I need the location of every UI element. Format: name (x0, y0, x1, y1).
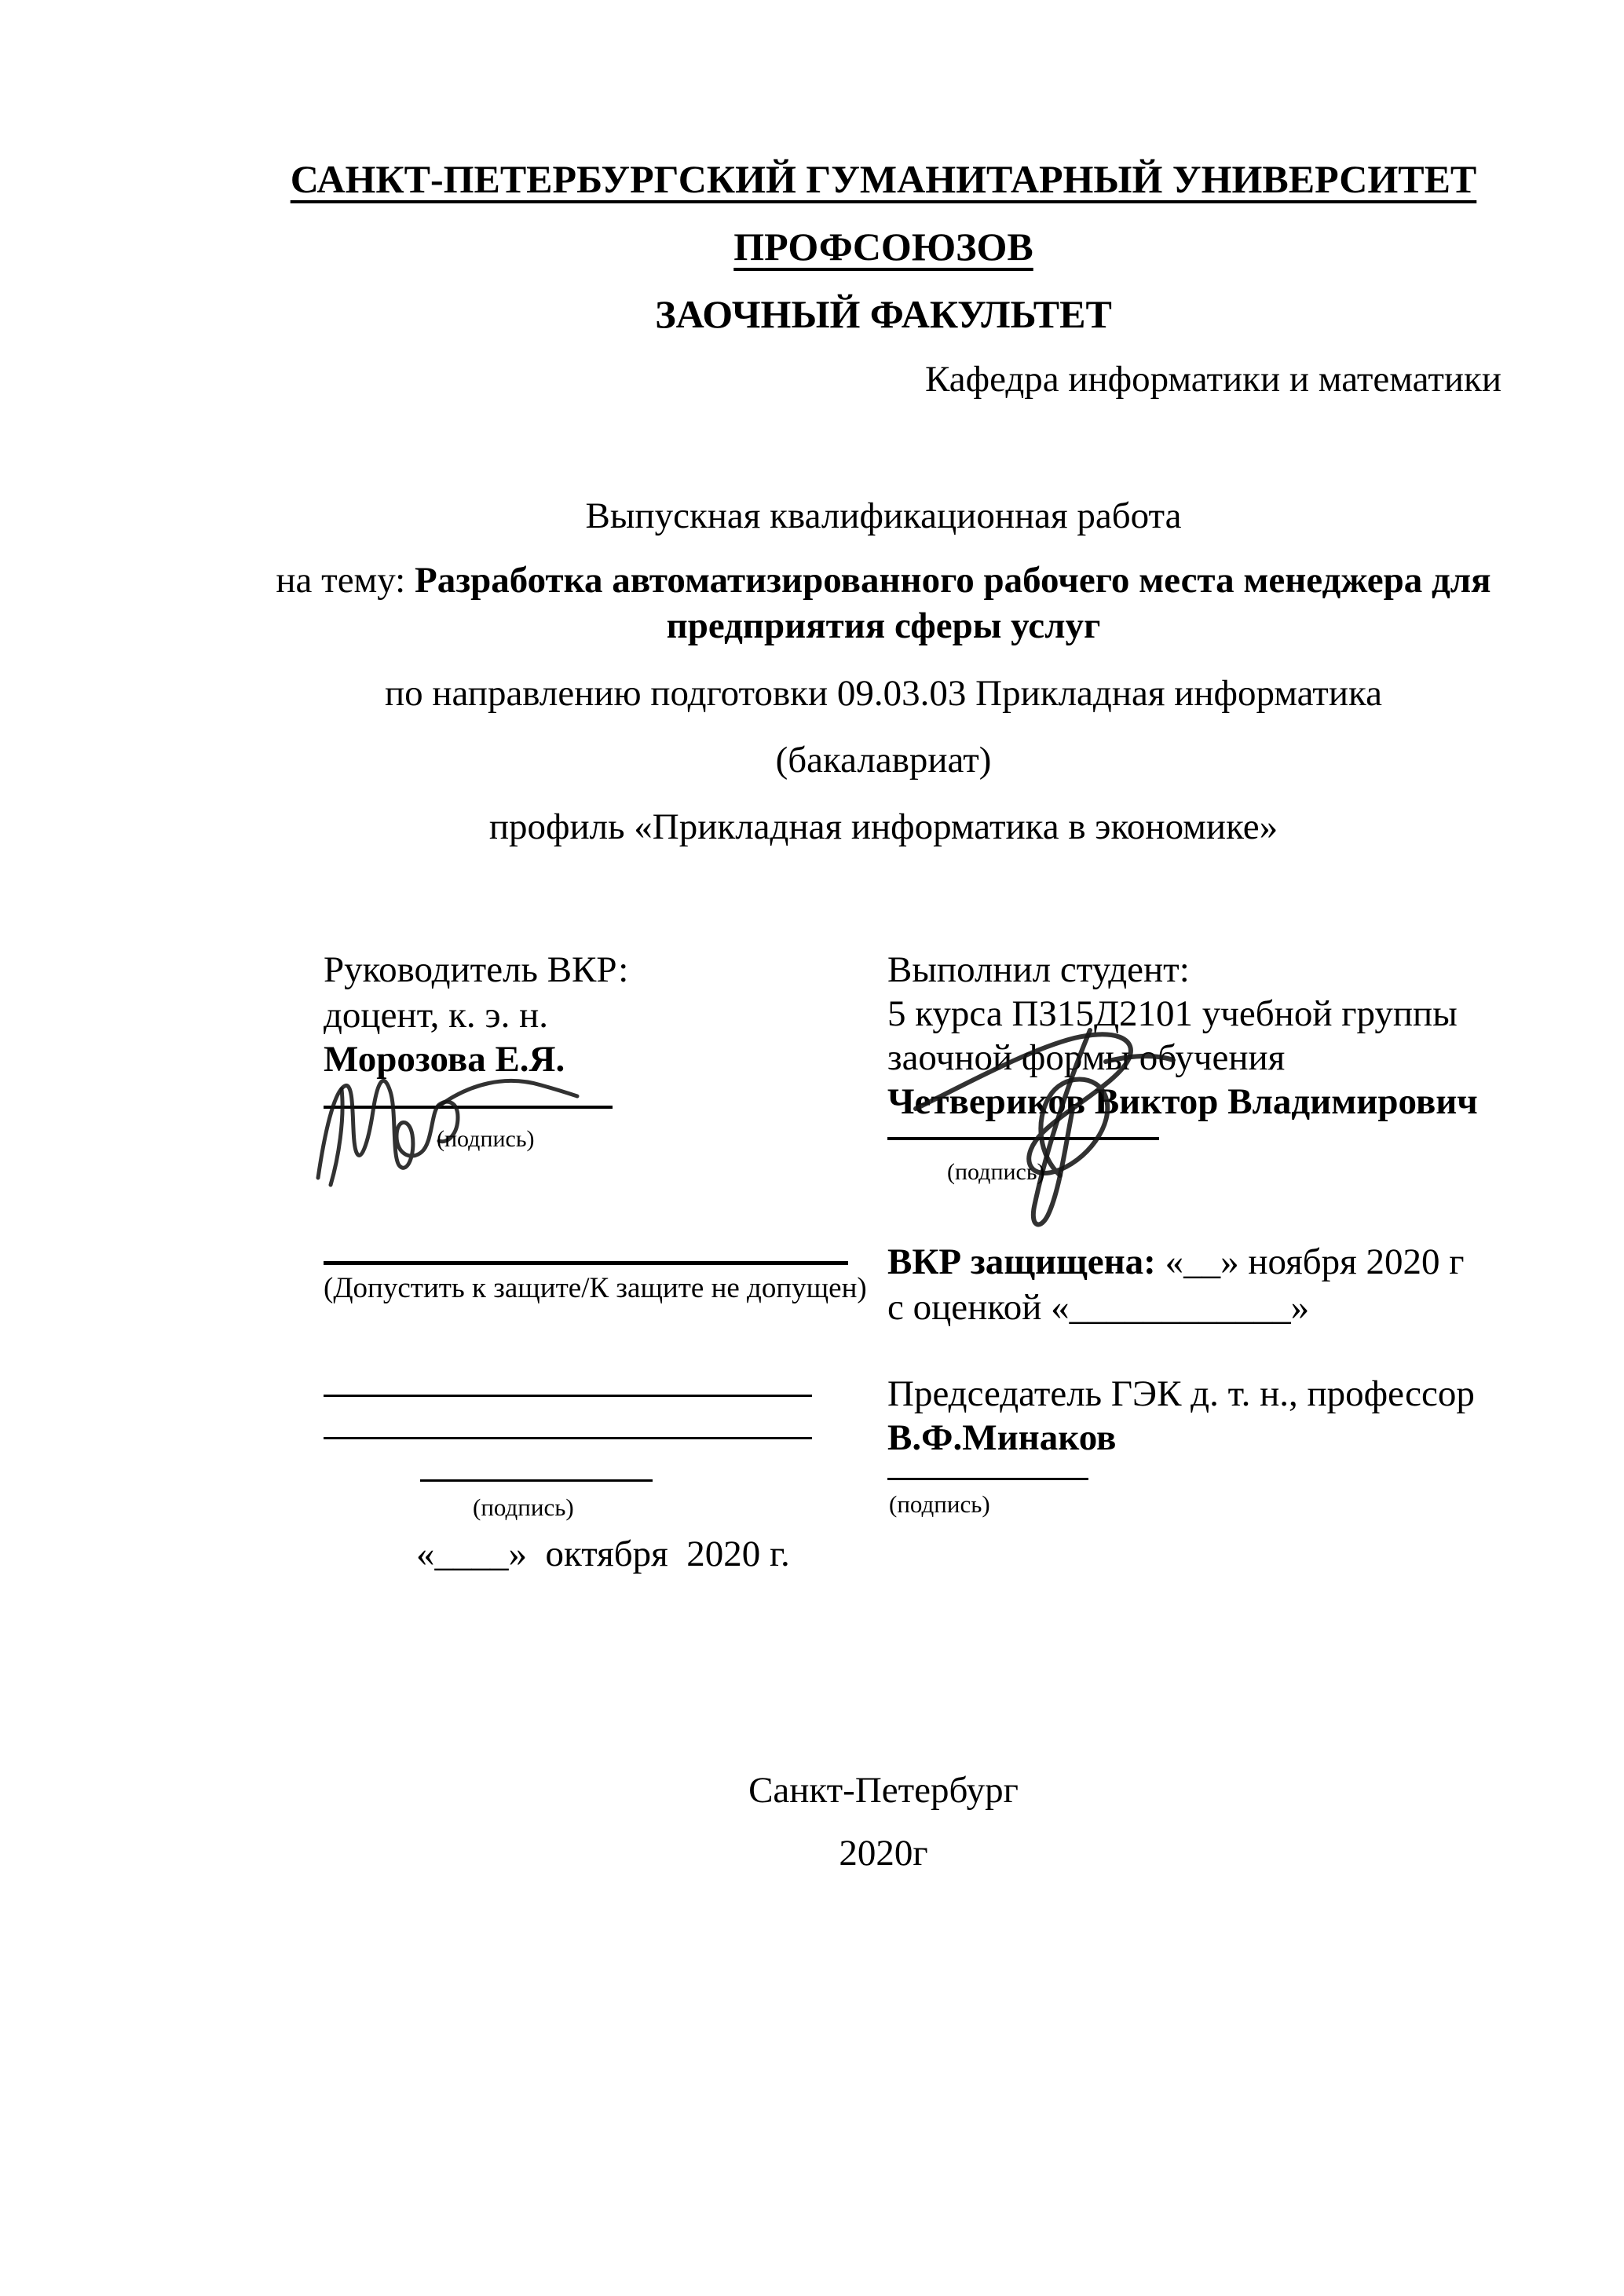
department-line: Кафедра информатики и математики (236, 358, 1531, 400)
university-line2: ПРОФСОЮЗОВ (236, 225, 1531, 270)
supervisor-signature-caption: (подпись) (437, 1126, 535, 1153)
supervisor-role: Руководитель ВКР: (324, 949, 628, 991)
student-line2: заочной формы обучения (887, 1036, 1285, 1079)
blank-line-1 (324, 1357, 812, 1397)
degree-line: (бакалавриат) (236, 739, 1531, 781)
profile-line: профиль «Прикладная информатика в эконом… (236, 806, 1531, 848)
admission-blank-line (324, 1223, 848, 1265)
student-signature-block (887, 1099, 1159, 1140)
supervisor-signature-caption-2: (подпись) (473, 1493, 574, 1522)
chairman-title: Председатель ГЭК д. т. н., профессор (887, 1373, 1475, 1415)
supervisor-title: доцент, к. э. н. (324, 994, 548, 1036)
student-signature-caption: (подпись) (947, 1159, 1045, 1186)
work-type: Выпускная квалификационная работа (236, 495, 1531, 537)
supervisor-signature-block (324, 1068, 613, 1109)
topic-text-line1: Разработка автоматизированного рабочего … (415, 560, 1491, 601)
grade-line: с оценкой «____________» (887, 1286, 1309, 1329)
admission-note: (Допустить к защите/К защите не допущен) (324, 1272, 867, 1306)
student-role: Выполнил студент: (887, 949, 1190, 991)
supervisor-date-line: «____» октября 2020 г. (416, 1533, 790, 1575)
topic-line1: на тему: Разработка автоматизированного … (236, 559, 1531, 601)
blank-line-2 (324, 1399, 812, 1439)
chairman-signature-line (887, 1442, 1088, 1480)
direction-line: по направлению подготовки 09.03.03 Прикл… (236, 672, 1531, 715)
defense-date: «__» ноября 2020 г (1165, 1241, 1465, 1282)
topic-prefix: на тему: (276, 560, 415, 601)
defense-label: ВКР защищена: (887, 1241, 1165, 1282)
footer-year: 2020г (236, 1832, 1531, 1874)
footer-city: Санкт-Петербург (236, 1769, 1531, 1812)
chairman-signature-caption: (подпись) (889, 1490, 990, 1519)
student-line1: 5 курса ПЗ15Д2101 учебной группы (887, 993, 1458, 1035)
university-line1: САНКТ-ПЕТЕРБУРГСКИЙ ГУМАНИТАРНЫЙ УНИВЕРС… (236, 157, 1531, 203)
topic-line2: предприятия сферы услуг (236, 605, 1531, 647)
defense-line: ВКР защищена: «__» ноября 2020 г (887, 1241, 1465, 1283)
faculty-line: ЗАОЧНЫЙ ФАКУЛЬТЕТ (236, 292, 1531, 338)
supervisor-date-signature-line (420, 1443, 653, 1482)
document-page: САНКТ-ПЕТЕРБУРГСКИЙ ГУМАНИТАРНЫЙ УНИВЕРС… (0, 0, 1624, 2296)
